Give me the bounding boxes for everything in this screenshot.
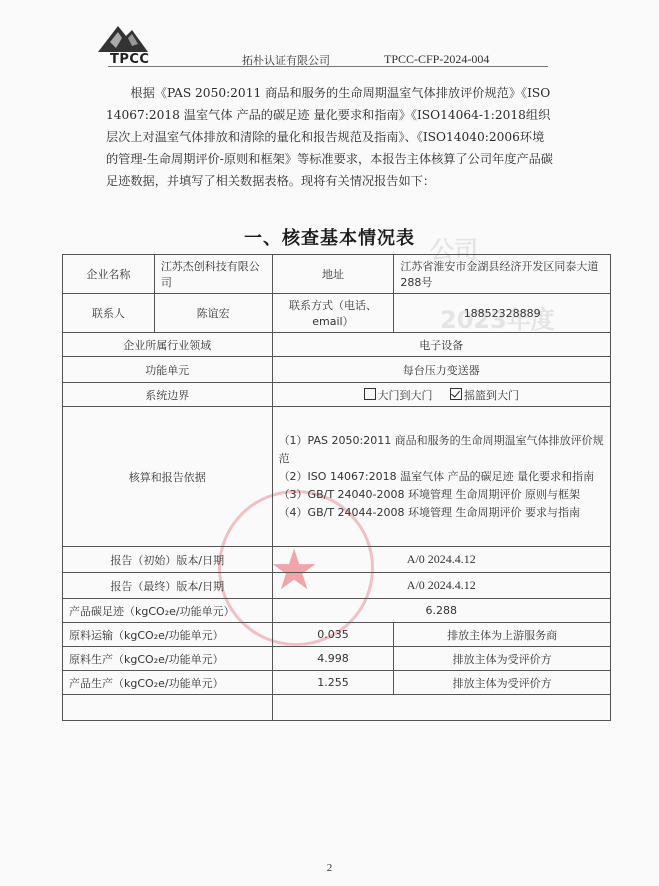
table-row-empty [63,695,611,721]
stage-label: 原料运输（kgCO₂e/功能单元） [63,623,273,647]
stage-note: 排放主体为上游服务商 [394,623,611,647]
option-cradle-to-gate: 摇篮到大门 [464,389,519,402]
table-row: 联系人 陈谊宏 联系方式（电话、email） 18852328889 [63,294,611,333]
intro-text: 根据《PAS 2050:2011 商品和服务的生命周期温室气体排放评价规范》《I… [106,82,554,192]
table-row: 原料生产（kgCO₂e/功能单元） 4.998 排放主体为受评价方 [63,647,611,671]
basis-label: 核算和报告依据 [63,407,273,547]
stage-label: 产品生产（kgCO₂e/功能单元） [63,671,273,695]
phone-value: 18852328889 [394,294,611,333]
table-row: 产品生产（kgCO₂e/功能单元） 1.255 排放主体为受评价方 [63,671,611,695]
stage-value: 4.998 [272,647,394,671]
table-row: 原料运输（kgCO₂e/功能单元） 0.035 排放主体为上游服务商 [63,623,611,647]
industry-value: 电子设备 [272,333,610,357]
checkbox-cradle-to-gate[interactable] [450,388,462,400]
logo-text: TPCC [110,52,149,67]
table-row: 企业所属行业领域 电子设备 [63,333,611,357]
final-version-label: 报告（最终）版本/日期 [63,573,273,599]
document-number: TPCC-CFP-2024-004 [384,52,489,67]
table-row: 产品碳足迹（kgCO₂e/功能单元） 6.288 [63,599,611,623]
footprint-label: 产品碳足迹（kgCO₂e/功能单元） [63,599,273,623]
boundary-options: 大门到大门 摇篮到大门 [272,383,610,407]
option-gate-to-gate: 大门到大门 [378,389,433,402]
empty-cell [63,695,273,721]
stage-value: 1.255 [272,671,394,695]
company-label: 企业名称 [63,255,155,294]
intro-paragraph: 根据《PAS 2050:2011 商品和服务的生命周期温室气体排放评价规范》《I… [106,82,554,192]
contact-label: 联系人 [63,294,155,333]
address-label: 地址 [272,255,394,294]
page-header: TPCC 拓朴认证有限公司 TPCC-CFP-2024-004 [92,22,552,68]
basis-item: （2）ISO 14067:2018 温室气体 产品的碳足迹 量化要求和指南 [279,468,604,486]
phone-label: 联系方式（电话、email） [272,294,394,333]
basis-item: （1）PAS 2050:2011 商品和服务的生命周期温室气体排放评价规范 [279,432,604,468]
footprint-value: 6.288 [272,599,610,623]
functional-unit-value: 每台压力变送器 [272,357,610,383]
stage-note: 排放主体为受评价方 [394,647,611,671]
initial-version-label: 报告（初始）版本/日期 [63,547,273,573]
table-row: 系统边界 大门到大门 摇篮到大门 [63,383,611,407]
empty-cell [272,695,610,721]
page-number: 2 [0,862,659,874]
final-version-value: A/0 2024.4.12 [272,573,610,599]
table-row: 功能单元 每台压力变送器 [63,357,611,383]
boundary-label: 系统边界 [63,383,273,407]
section-title: 一、核查基本情况表 [0,224,659,250]
stage-label: 原料生产（kgCO₂e/功能单元） [63,647,273,671]
table-row: 报告（最终）版本/日期 A/0 2024.4.12 [63,573,611,599]
functional-unit-label: 功能单元 [63,357,273,383]
table-row: 企业名称 江苏杰创科技有限公司 地址 江苏省淮安市金湖县经济开发区同泰大道288… [63,255,611,294]
basis-item: （4）GB/T 24044-2008 环境管理 生命周期评价 要求与指南 [279,504,604,522]
company-value: 江苏杰创科技有限公司 [154,255,272,294]
verification-basic-info-table: 企业名称 江苏杰创科技有限公司 地址 江苏省淮安市金湖县经济开发区同泰大道288… [62,254,611,721]
checkbox-gate-to-gate[interactable] [364,388,376,400]
stage-note: 排放主体为受评价方 [394,671,611,695]
basis-item: （3）GB/T 24040-2008 环境管理 生命周期评价 原则与框架 [279,486,604,504]
address-value: 江苏省淮安市金湖县经济开发区同泰大道288号 [394,255,611,294]
contact-value: 陈谊宏 [154,294,272,333]
stage-value: 0.035 [272,623,394,647]
industry-label: 企业所属行业领域 [63,333,273,357]
header-divider [108,66,548,67]
table-row: 报告（初始）版本/日期 A/0 2024.4.12 [63,547,611,573]
basis-list: （1）PAS 2050:2011 商品和服务的生命周期温室气体排放评价规范 （2… [272,407,610,547]
table-row: 核算和报告依据 （1）PAS 2050:2011 商品和服务的生命周期温室气体排… [63,407,611,547]
initial-version-value: A/0 2024.4.12 [272,547,610,573]
